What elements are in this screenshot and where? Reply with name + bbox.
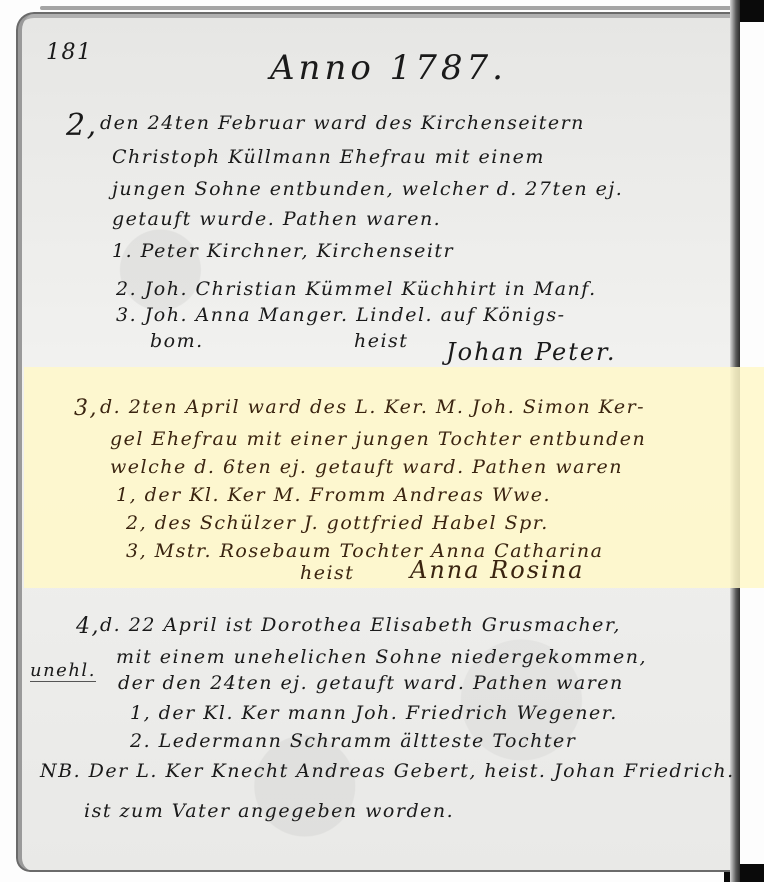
page-number: 181: [46, 40, 93, 65]
note-line: ist zum Vater angegeben worden.: [84, 800, 454, 822]
page-title: Anno 1787.: [270, 48, 507, 88]
sponsor-line: 1, der Kl. Ker M. Fromm Andreas Wwe.: [116, 484, 551, 506]
entry-line: gel Ehefrau mit einer jungen Tochter ent…: [110, 428, 646, 450]
entry-line: d. 22 April ist Dorothea Elisabeth Grusm…: [100, 614, 621, 636]
child-name: Johan Peter.: [446, 338, 617, 366]
sponsor-line: bom.: [150, 330, 204, 352]
entry-line: Christoph Küllmann Ehefrau mit einem: [112, 146, 545, 168]
sponsor-line: 2. Joh. Christian Kümmel Küchhirt in Man…: [116, 278, 597, 300]
heisst-label: heist: [300, 562, 354, 584]
margin-note: unehl.: [30, 660, 96, 682]
scan-corner-shadow-top: [738, 0, 764, 22]
entry-line: der den 24ten ej. getauft ward. Pathen w…: [118, 672, 624, 694]
entry-number: 3,: [74, 396, 98, 421]
sponsor-line: 2, des Schülzer J. gottfried Habel Spr.: [126, 512, 549, 534]
sponsor-line: 2. Ledermann Schramm ältteste Tochter: [130, 730, 576, 752]
heisst-label: heist: [354, 330, 408, 352]
entry-line: den 24ten Februar ward des Kirchenseiter…: [100, 112, 585, 134]
entry-line: d. 2ten April ward des L. Ker. M. Joh. S…: [100, 396, 645, 418]
entry-number: 2,: [66, 108, 98, 143]
entry-line: getauft wurde. Pathen waren.: [112, 208, 441, 230]
note-line: NB. Der L. Ker Knecht Andreas Gebert, he…: [40, 760, 735, 782]
sponsor-line: 1, der Kl. Ker mann Joh. Friedrich Wegen…: [130, 702, 618, 724]
entry-line: jungen Sohne entbunden, welcher d. 27ten…: [112, 178, 623, 200]
child-name: Anna Rosina: [410, 556, 584, 584]
sponsor-line: 3. Joh. Anna Manger. Lindel. auf Königs-: [116, 304, 566, 326]
sponsor-line: 1. Peter Kirchner, Kirchenseitr: [112, 240, 454, 262]
entry-number: 4,: [76, 614, 100, 639]
page-stack-edge: [40, 6, 740, 10]
entry-line: welche d. 6ten ej. getauft ward. Pathen …: [110, 456, 623, 478]
entry-line: mit einem unehelichen Sohne niedergekomm…: [116, 646, 647, 668]
